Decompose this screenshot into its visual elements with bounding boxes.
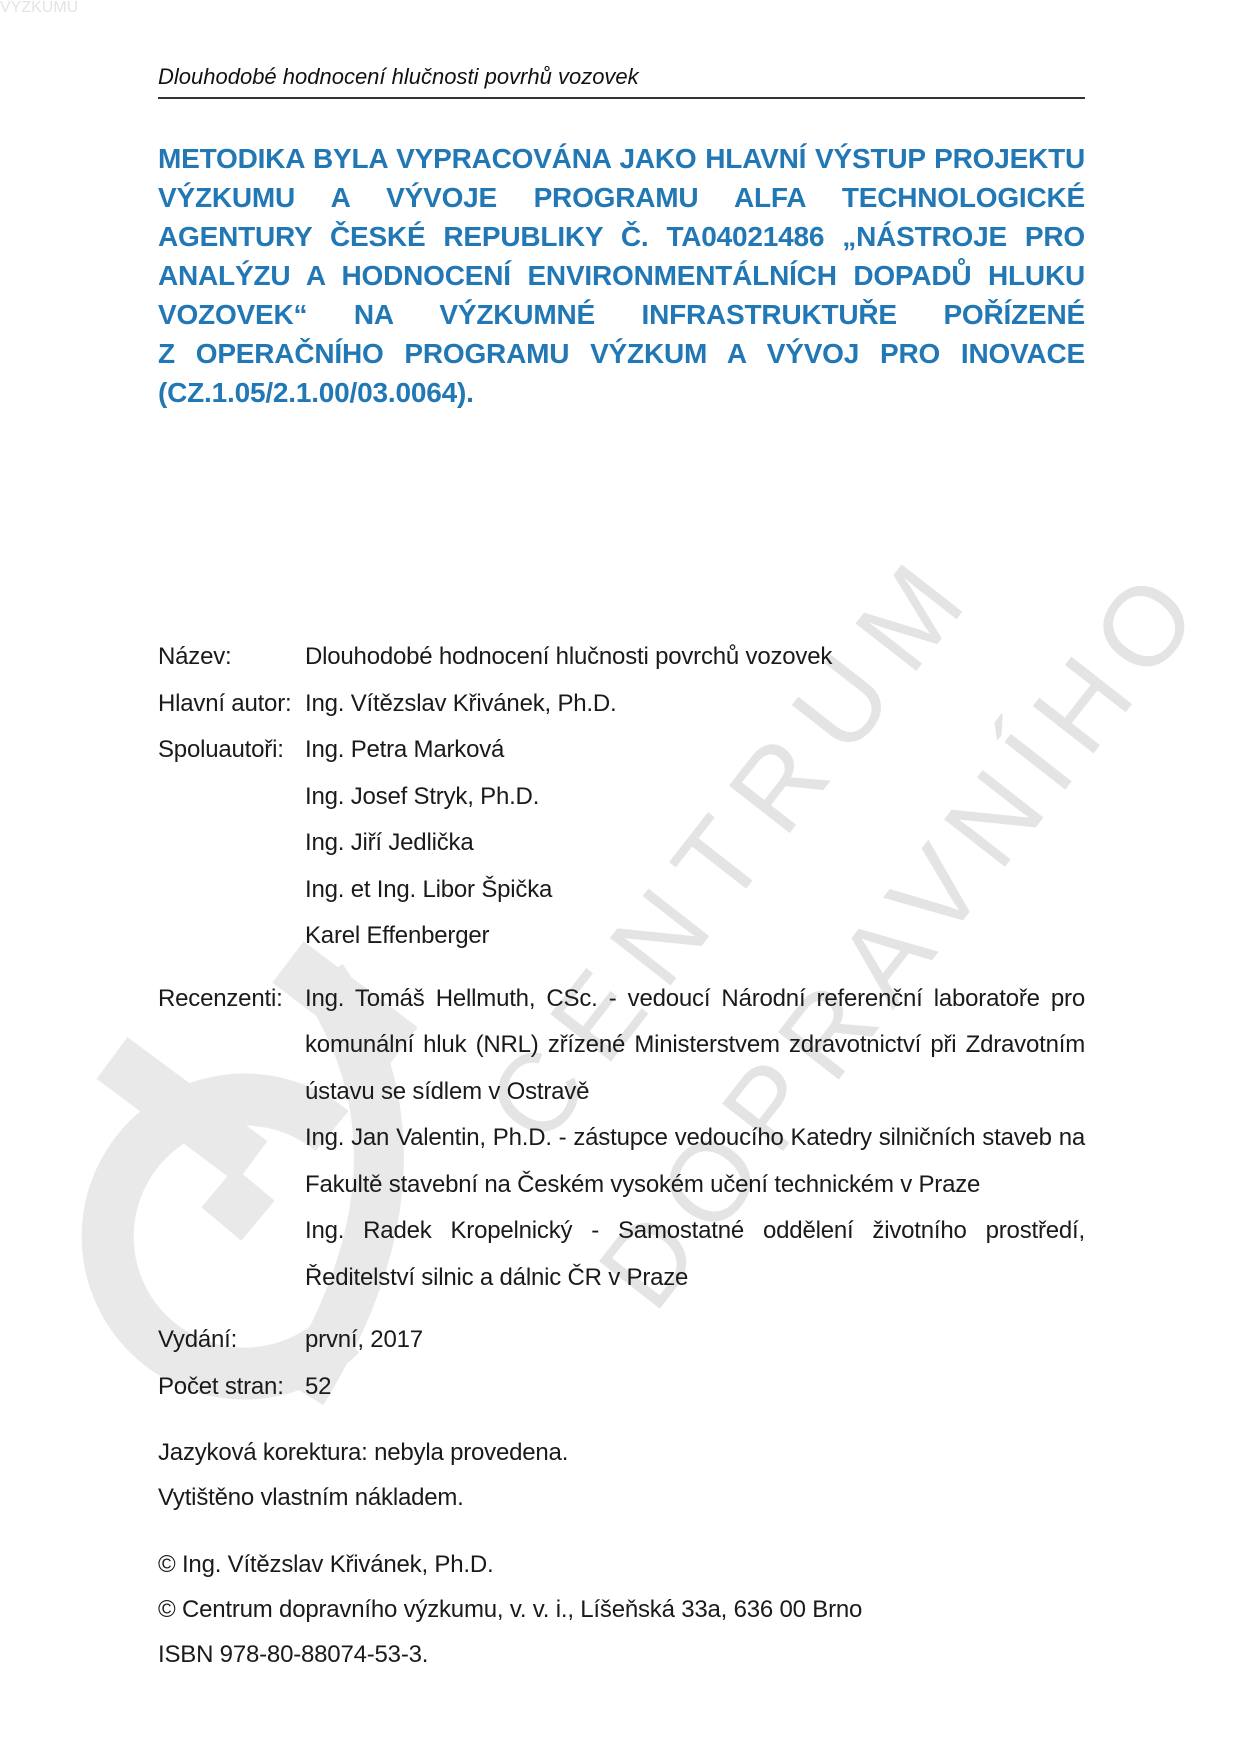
field-row: Spoluautoři:Ing. Petra MarkováIng. Josef… [158, 727, 1085, 960]
field-values: první, 2017 [305, 1317, 1085, 1364]
footer: © Ing. Vítězslav Křivánek, Ph.D.© Centru… [158, 1542, 1085, 1677]
field-values: Ing. Vítězslav Křivánek, Ph.D. [305, 681, 1085, 728]
copyright-line: © Ing. Vítězslav Křivánek, Ph.D. [158, 1542, 1085, 1587]
title-rule [158, 97, 1085, 99]
field-value: Dlouhodobé hodnocení hlučnosti povrchů v… [305, 634, 1085, 681]
field-values: Ing. Petra MarkováIng. Josef Stryk, Ph.D… [305, 727, 1085, 960]
field-label: Název: [158, 634, 305, 681]
field-label: Recenzenti: [158, 976, 305, 1302]
notes: Jazyková korektura: nebyla provedena.Vyt… [158, 1430, 1085, 1520]
page-content: Dlouhodobé hodnocení hlučnosti povrhů vo… [158, 0, 1085, 1677]
note-line: Vytištěno vlastním nákladem. [158, 1475, 1085, 1520]
field-label: Vydání: [158, 1317, 305, 1364]
field-values: 52 [305, 1364, 1085, 1411]
field-value: Ing. Tomáš Hellmuth, CSc. - vedoucí Náro… [305, 976, 1085, 1116]
field-gap [158, 960, 1085, 976]
field-row: Název:Dlouhodobé hodnocení hlučnosti pov… [158, 634, 1085, 681]
running-title: Dlouhodobé hodnocení hlučnosti povrhů vo… [158, 64, 1085, 97]
field-value: první, 2017 [305, 1317, 1085, 1364]
copyright-line: © Centrum dopravního výzkumu, v. v. i., … [158, 1587, 1085, 1632]
document-page: CENTRUMDOPRAVNÍHOVÝZKUMU Dlouhodobé hodn… [0, 0, 1241, 1755]
project-intro-paragraph: METODIKA BYLA VYPRACOVÁNA JAKO HLAVNÍ VÝ… [158, 139, 1085, 412]
field-row: Počet stran:52 [158, 1364, 1085, 1411]
field-value: Ing. Josef Stryk, Ph.D. [305, 774, 1085, 821]
imprint-fields: Název:Dlouhodobé hodnocení hlučnosti pov… [158, 634, 1085, 1410]
field-value: Ing. Petra Marková [305, 727, 1085, 774]
field-value: Ing. Vítězslav Křivánek, Ph.D. [305, 681, 1085, 728]
field-value: Ing. et Ing. Libor Špička [305, 867, 1085, 914]
field-values: Dlouhodobé hodnocení hlučnosti povrchů v… [305, 634, 1085, 681]
field-value: Ing. Radek Kropelnický - Samostatné oddě… [305, 1208, 1085, 1301]
field-gap [158, 1301, 1085, 1317]
field-value: Ing. Jan Valentin, Ph.D. - zástupce vedo… [305, 1115, 1085, 1208]
field-row: Recenzenti:Ing. Tomáš Hellmuth, CSc. - v… [158, 976, 1085, 1302]
field-values: Ing. Tomáš Hellmuth, CSc. - vedoucí Náro… [305, 976, 1085, 1302]
watermark-word: VÝZKUMU [0, 0, 78, 16]
field-value: Ing. Jiří Jedlička [305, 820, 1085, 867]
field-row: Vydání:první, 2017 [158, 1317, 1085, 1364]
note-line: Jazyková korektura: nebyla provedena. [158, 1430, 1085, 1475]
field-value: 52 [305, 1364, 1085, 1411]
field-label: Hlavní autor: [158, 681, 305, 728]
field-label: Spoluautoři: [158, 727, 305, 960]
field-label: Počet stran: [158, 1364, 305, 1411]
field-row: Hlavní autor:Ing. Vítězslav Křivánek, Ph… [158, 681, 1085, 728]
field-value: Karel Effenberger [305, 913, 1085, 960]
isbn-line: ISBN 978-80-88074-53-3. [158, 1632, 1085, 1677]
